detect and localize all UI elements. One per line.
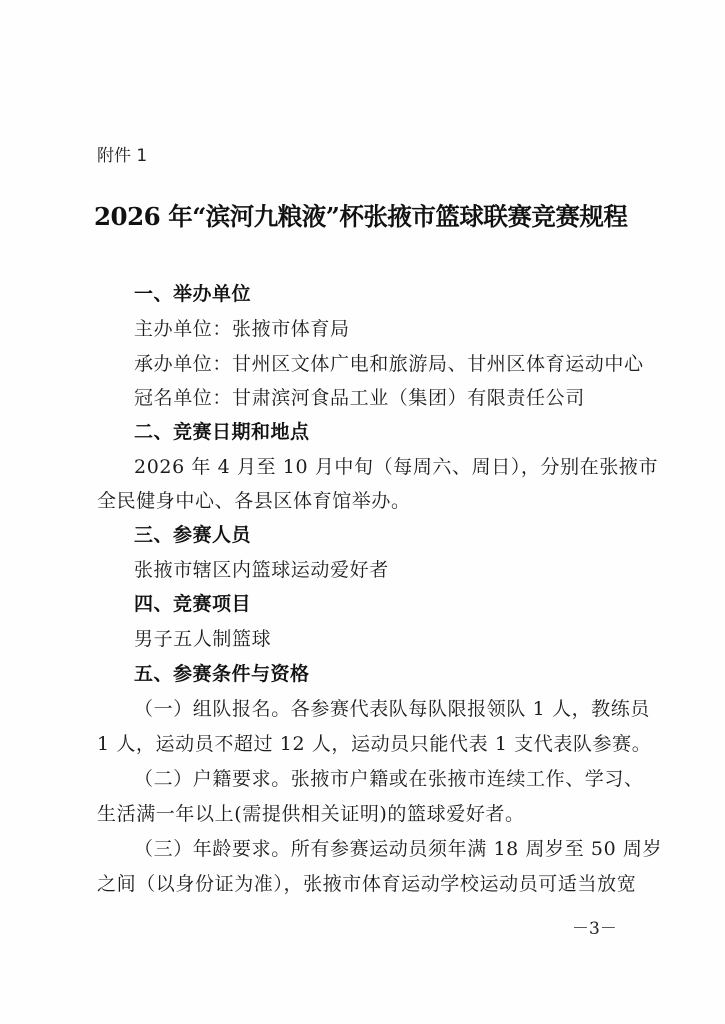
paragraph-line: 生活满一年以上(需提供相关证明)的篮球爱好者。 bbox=[97, 799, 525, 826]
document-title: 2026 年“滨河九粮液”杯张掖市篮球联赛竞赛规程 bbox=[94, 198, 634, 233]
paragraph-line: 张掖市辖区内篮球运动爱好者 bbox=[134, 555, 389, 582]
paragraph-line: （一）组队报名。各参赛代表队每队限报领队 1 人，教练员 bbox=[134, 694, 650, 721]
paragraph-line: 2026 年 4 月至 10 月中旬（每周六、周日），分别在张掖市 bbox=[134, 452, 658, 479]
section-heading: 四、竞赛项目 bbox=[134, 589, 251, 616]
section-heading: 三、参赛人员 bbox=[134, 520, 251, 547]
section-heading: 二、竞赛日期和地点 bbox=[134, 417, 310, 444]
paragraph-line: （二）户籍要求。张掖市户籍或在张掖市连续工作、学习、 bbox=[134, 764, 644, 791]
section-heading: 一、举办单位 bbox=[134, 279, 251, 306]
paragraph-line: 1 人，运动员不超过 12 人，运动员只能代表 1 支代表队参赛。 bbox=[97, 729, 651, 756]
host-line: 承办单位：甘州区文体广电和旅游局、甘州区体育运动中心 bbox=[134, 349, 644, 376]
paragraph-line: 全民健身中心、各县区体育馆举办。 bbox=[97, 486, 411, 513]
organizer-line: 主办单位：张掖市体育局 bbox=[134, 314, 350, 341]
paragraph-line: 男子五人制篮球 bbox=[134, 624, 271, 651]
document-page: 附件 1 2026 年“滨河九粮液”杯张掖市篮球联赛竞赛规程 一、举办单位 主办… bbox=[0, 0, 725, 1024]
section-heading: 五、参赛条件与资格 bbox=[134, 659, 310, 686]
paragraph-line: （三）年龄要求。所有参赛运动员须年满 18 周岁至 50 周岁 bbox=[134, 834, 662, 861]
paragraph-line: 之间（以身份证为准），张掖市体育运动学校运动员可适当放宽 bbox=[97, 869, 636, 896]
page-number: －3－ bbox=[572, 914, 617, 939]
sponsor-line: 冠名单位：甘肃滨河食品工业（集团）有限责任公司 bbox=[134, 383, 585, 410]
attachment-label: 附件 1 bbox=[97, 141, 147, 166]
